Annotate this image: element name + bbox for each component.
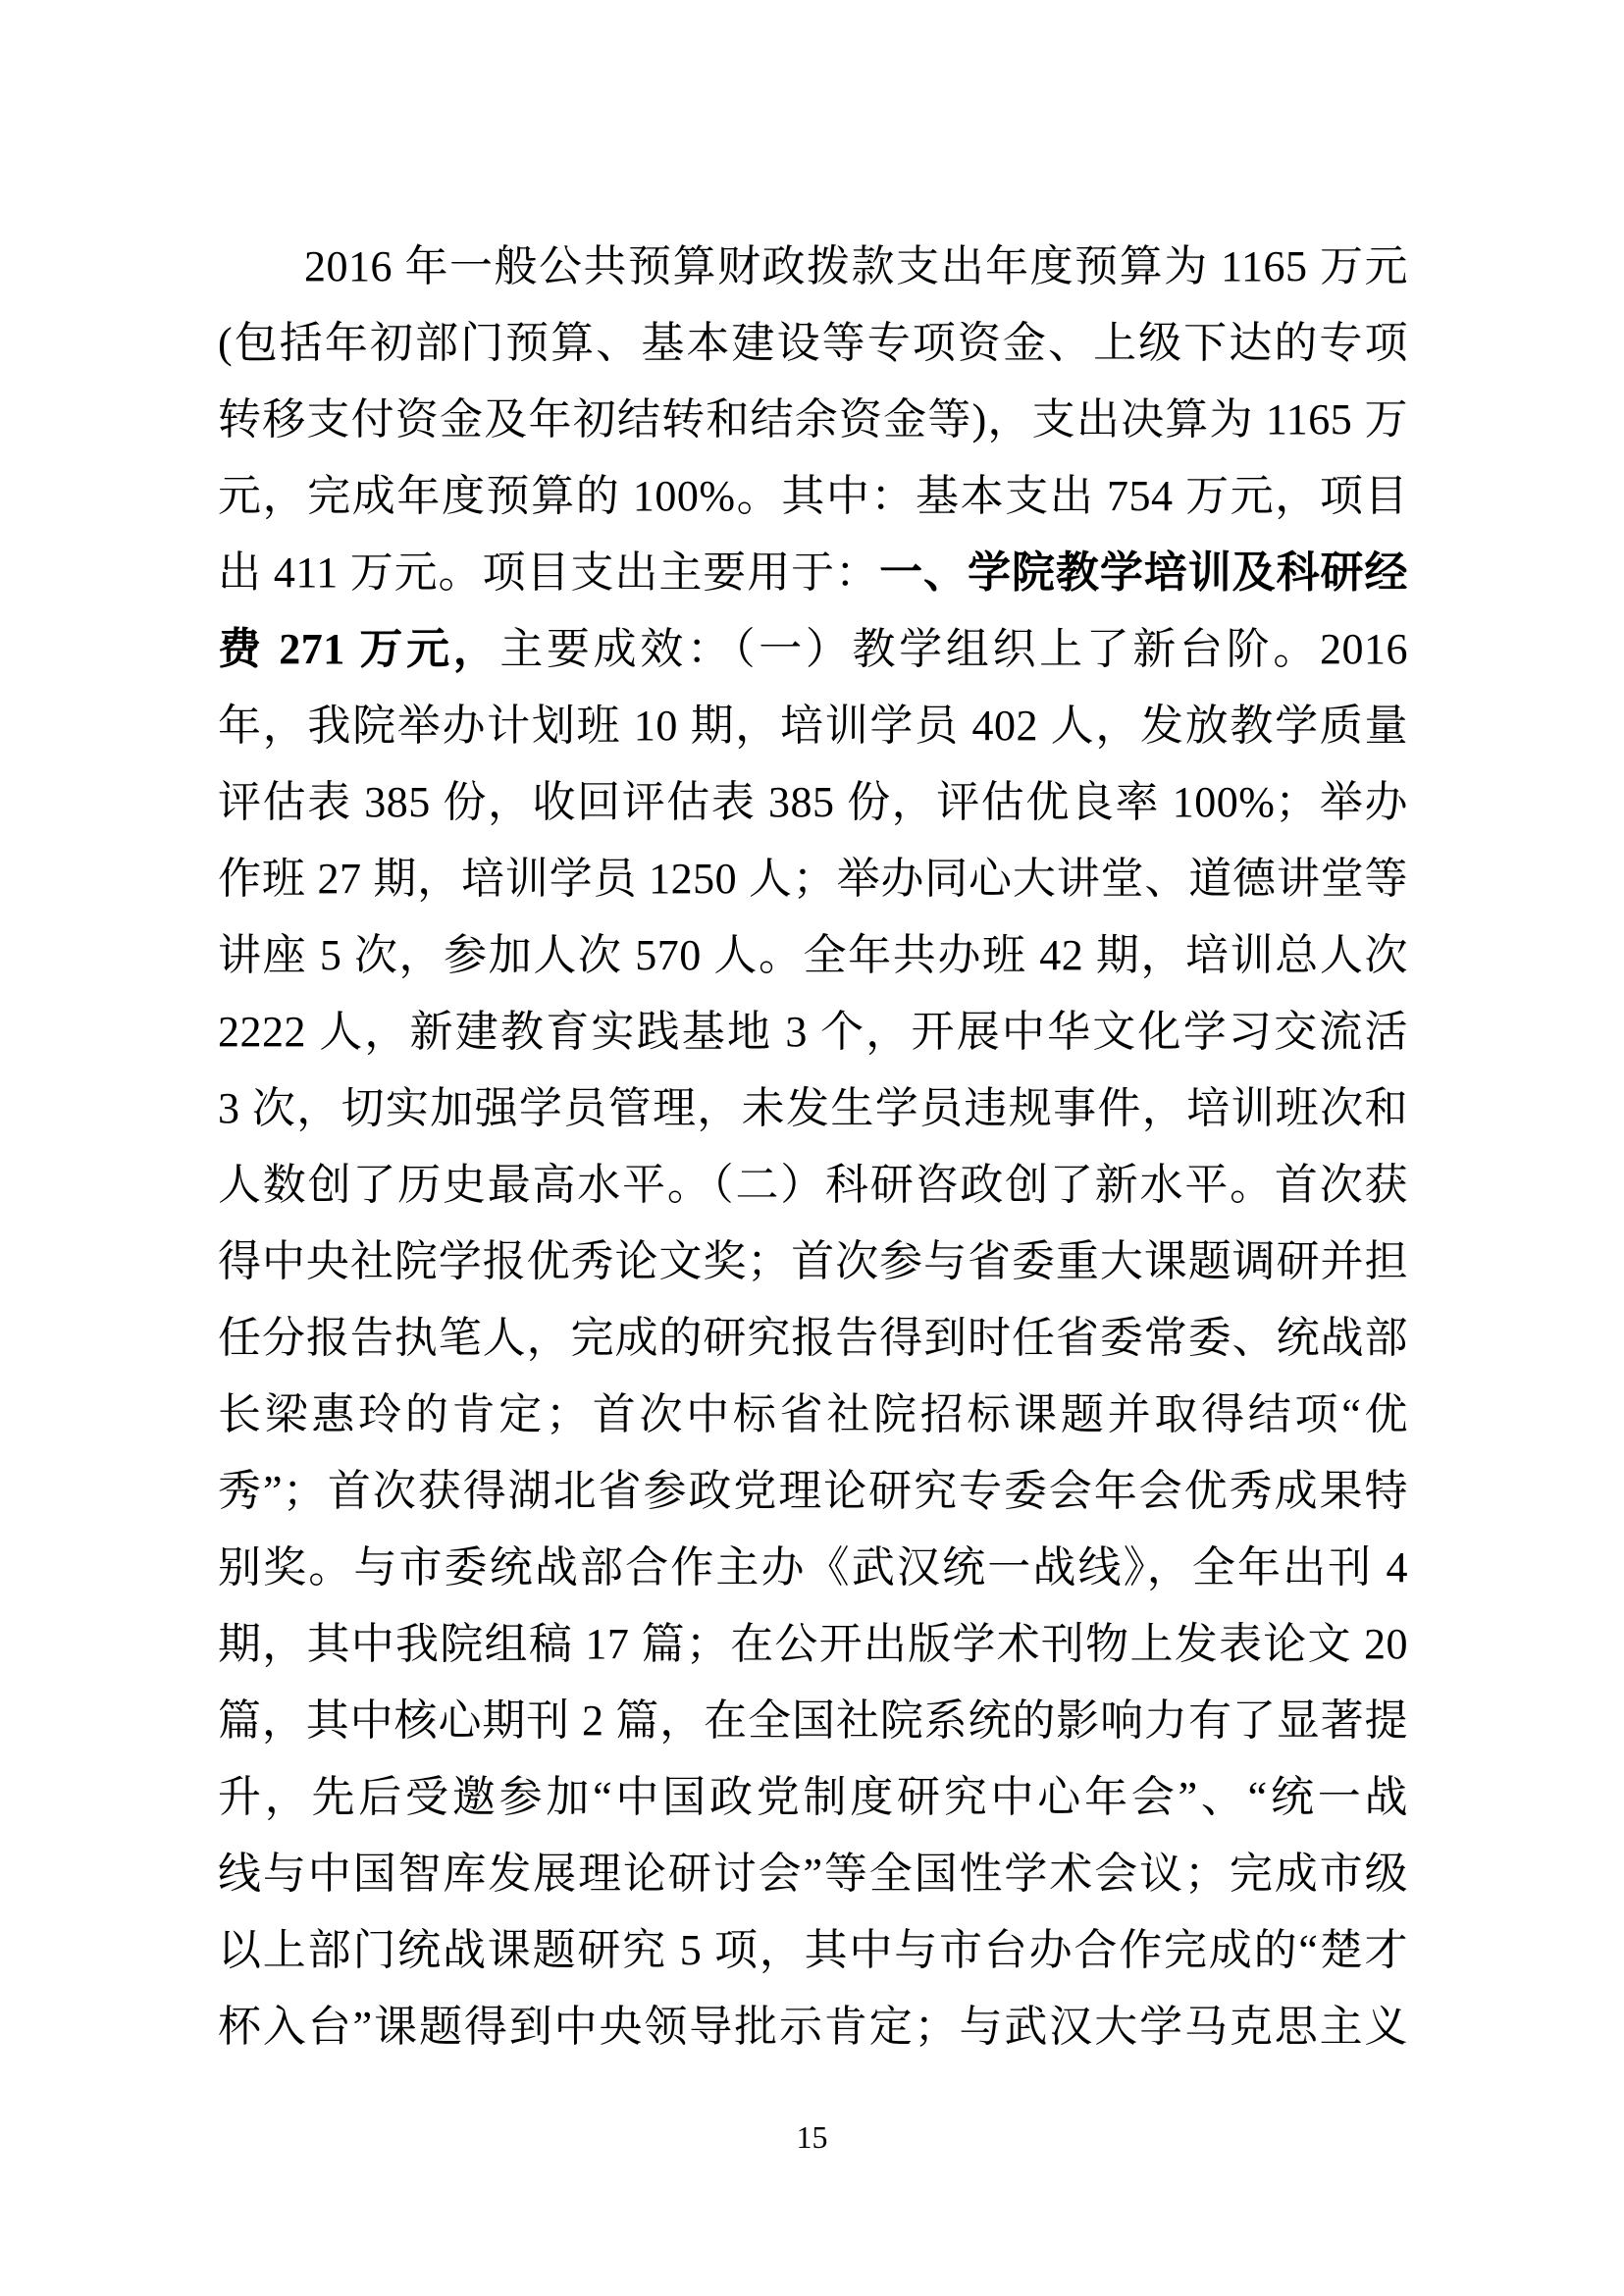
text-line: 期，其中我院组稿 17 篇；在公开出版学术刊物上发表论文 20 <box>218 1606 1408 1683</box>
text-segment: 转移支付资金及年初结转和结余资金等)，支出决算为 1165 万 <box>218 395 1408 444</box>
text-line: 2016 年一般公共预算财政拨款支出年度预算为 1165 万元 <box>218 229 1408 305</box>
text-segment: 期，其中我院组稿 17 篇；在公开出版学术刊物上发表论文 20 <box>218 1620 1408 1668</box>
document-page: 2016 年一般公共预算财政拨款支出年度预算为 1165 万元(包括年初部门预算… <box>0 0 1624 2296</box>
text-segment: 评估表 385 份，收回评估表 385 份，评估优良率 100%；举办合 <box>218 778 1408 841</box>
text-line: 2222 人，新建教育实践基地 3 个，开展中华文化学习交流活动 <box>218 994 1408 1070</box>
text-segment: 杯入台”课题得到中央领导批示肯定；与武汉大学马克思主义 <box>218 2003 1408 2051</box>
text-line: 以上部门统战课题研究 5 项，其中与市台办合作完成的“楚才 <box>218 1912 1408 1989</box>
text-segment: 2016 年一般公共预算财政拨款支出年度预算为 1165 万元 <box>304 242 1408 290</box>
text-line: 得中央社院学报优秀论文奖；首次参与省委重大课题调研并担 <box>218 1224 1408 1300</box>
text-line: 转移支付资金及年初结转和结余资金等)，支出决算为 1165 万 <box>218 382 1408 458</box>
text-segment: 主要成效：（一）教学组织上了新台阶。2016 <box>499 625 1408 673</box>
text-segment: 秀”；首次获得湖北省参政党理论研究专委会年会优秀成果特 <box>218 1467 1408 1515</box>
text-line: 长梁惠玲的肯定；首次中标省社院招标课题并取得结项“优 <box>218 1377 1408 1453</box>
text-segment: 篇，其中核心期刊 2 篇，在全国社院系统的影响力有了显著提 <box>218 1696 1408 1745</box>
text-segment: 以上部门统战课题研究 5 项，其中与市台办合作完成的“楚才 <box>218 1926 1408 1974</box>
text-line: 出 411 万元。项目支出主要用于：一、学院教学培训及科研经 <box>218 535 1408 611</box>
text-line: 篇，其中核心期刊 2 篇，在全国社院系统的影响力有了显著提 <box>218 1683 1408 1759</box>
text-line: 讲座 5 次，参加人次 570 人。全年共办班 42 期，培训总人次 <box>218 917 1408 994</box>
text-line: 线与中国智库发展理论研讨会”等全国性学术会议；完成市级 <box>218 1836 1408 1912</box>
bold-text-segment: 费 271 万元， <box>218 625 499 673</box>
text-line: 任分报告执笔人，完成的研究报告得到时任省委常委、统战部 <box>218 1300 1408 1377</box>
text-line: 3 次，切实加强学员管理，未发生学员违规事件，培训班次和 <box>218 1070 1408 1147</box>
text-line: 人数创了历史最高水平。（二）科研咨政创了新水平。首次获 <box>218 1147 1408 1224</box>
page-number: 15 <box>0 2117 1624 2157</box>
text-line: 评估表 385 份，收回评估表 385 份，评估优良率 100%；举办合 <box>218 764 1408 841</box>
text-line: (包括年初部门预算、基本建设等专项资金、上级下达的专项 <box>218 305 1408 382</box>
text-segment: 元，完成年度预算的 100%。其中：基本支出 754 万元，项目支 <box>218 472 1408 535</box>
body-text: 2016 年一般公共预算财政拨款支出年度预算为 1165 万元(包括年初部门预算… <box>218 229 1408 2065</box>
text-segment: 3 次，切实加强学员管理，未发生学员违规事件，培训班次和 <box>218 1084 1408 1132</box>
text-line: 作班 27 期，培训学员 1250 人；举办同心大讲堂、道德讲堂等 <box>218 841 1408 917</box>
text-segment: 年，我院举办计划班 10 期，培训学员 402 人，发放教学质量 <box>218 702 1408 750</box>
text-line: 秀”；首次获得湖北省参政党理论研究专委会年会优秀成果特 <box>218 1453 1408 1530</box>
text-segment: 2222 人，新建教育实践基地 3 个，开展中华文化学习交流活动 <box>218 1008 1408 1070</box>
text-segment: 出 411 万元。项目支出主要用于： <box>218 548 879 597</box>
text-segment: 别奖。与市委统战部合作主办《武汉统一战线》，全年出刊 4 <box>218 1543 1408 1592</box>
text-segment: 得中央社院学报优秀论文奖；首次参与省委重大课题调研并担 <box>218 1237 1408 1285</box>
bold-text-segment: 一、学院教学培训及科研经 <box>879 548 1408 597</box>
text-segment: 线与中国智库发展理论研讨会”等全国性学术会议；完成市级 <box>218 1850 1408 1898</box>
text-line: 升，先后受邀参加“中国政党制度研究中心年会”、“统一战 <box>218 1759 1408 1836</box>
text-segment: 人数创了历史最高水平。（二）科研咨政创了新水平。首次获 <box>218 1161 1408 1209</box>
text-segment: 作班 27 期，培训学员 1250 人；举办同心大讲堂、道德讲堂等 <box>218 855 1408 903</box>
text-segment: (包括年初部门预算、基本建设等专项资金、上级下达的专项 <box>218 319 1408 367</box>
text-line: 费 271 万元，主要成效：（一）教学组织上了新台阶。2016 <box>218 611 1408 688</box>
text-line: 杯入台”课题得到中央领导批示肯定；与武汉大学马克思主义 <box>218 1989 1408 2065</box>
text-line: 元，完成年度预算的 100%。其中：基本支出 754 万元，项目支 <box>218 458 1408 535</box>
text-line: 年，我院举办计划班 10 期，培训学员 402 人，发放教学质量 <box>218 688 1408 764</box>
text-segment: 讲座 5 次，参加人次 570 人。全年共办班 42 期，培训总人次 <box>218 931 1408 979</box>
text-segment: 长梁惠玲的肯定；首次中标省社院招标课题并取得结项“优 <box>218 1390 1408 1438</box>
text-segment: 升，先后受邀参加“中国政党制度研究中心年会”、“统一战 <box>218 1773 1408 1821</box>
text-line: 别奖。与市委统战部合作主办《武汉统一战线》，全年出刊 4 <box>218 1530 1408 1606</box>
text-segment: 任分报告执笔人，完成的研究报告得到时任省委常委、统战部 <box>218 1314 1408 1362</box>
